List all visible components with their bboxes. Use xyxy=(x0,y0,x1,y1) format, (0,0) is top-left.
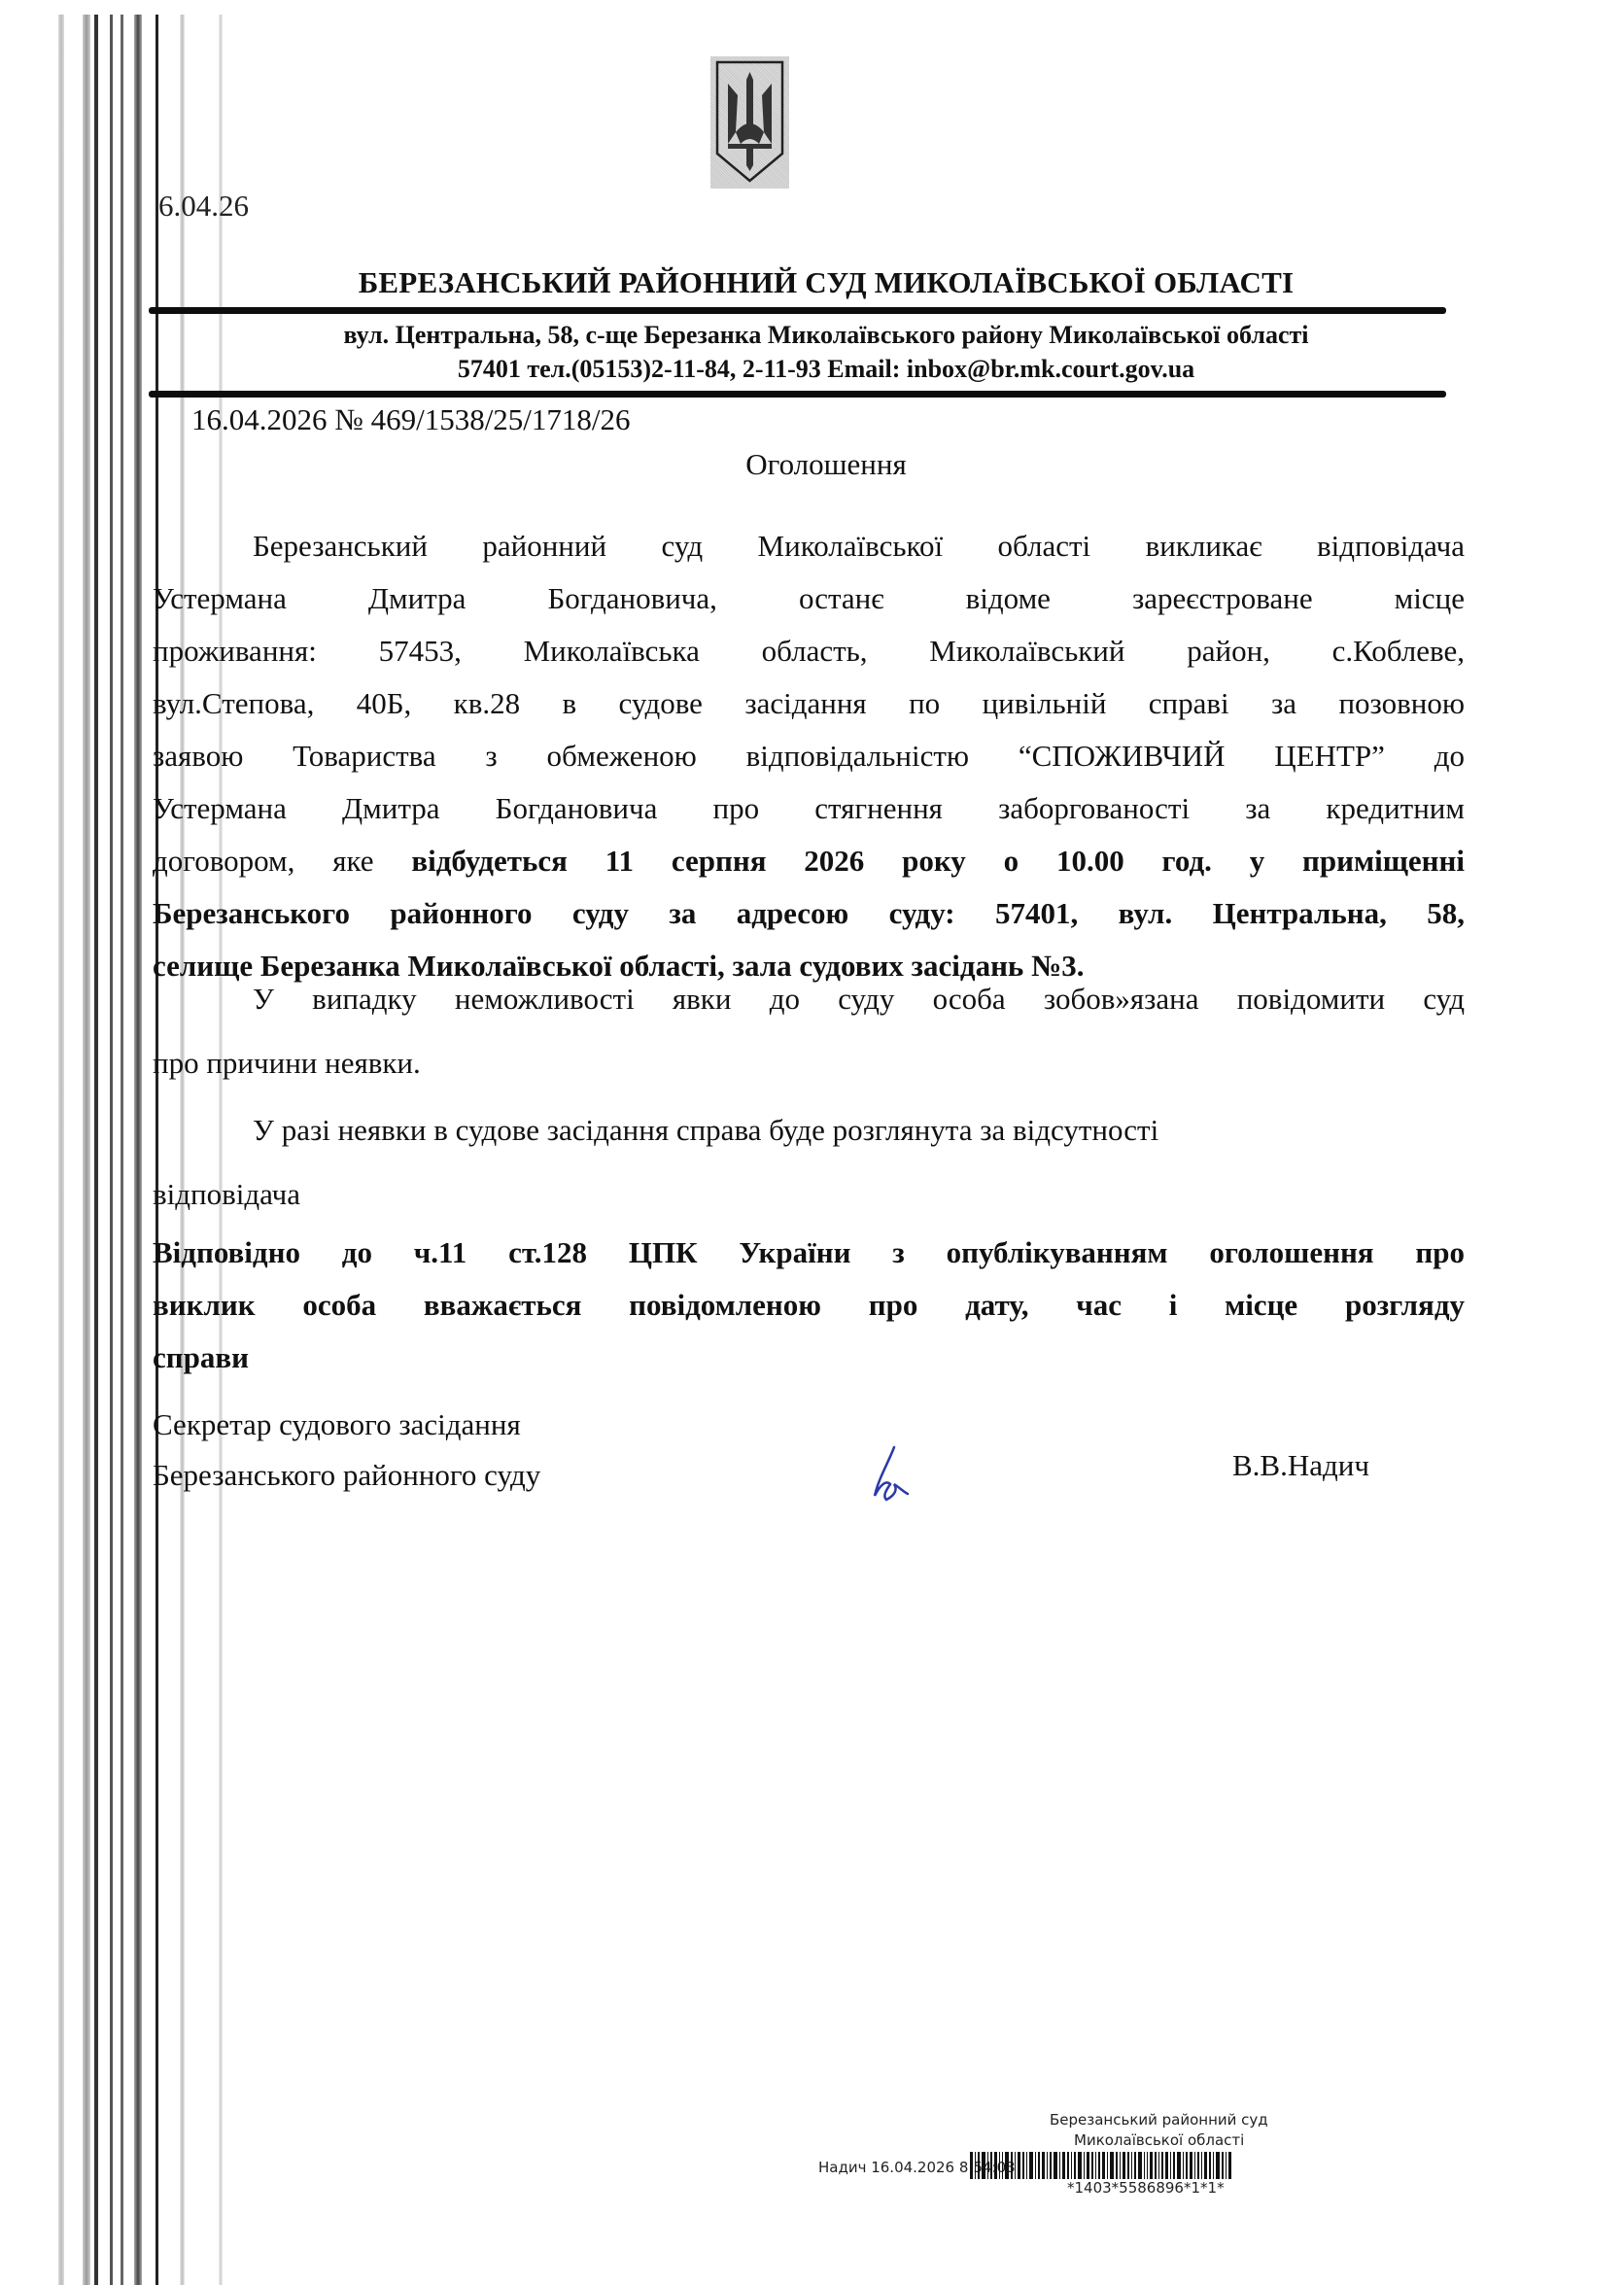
paragraph-line: Відповідно до ч.11 ст.128 ЦПК України з … xyxy=(153,1227,1465,1279)
paragraph-line: У разі неявки в судове засідання справа … xyxy=(153,1098,1465,1162)
paragraph-line: Устермана Дмитра Богдановича про стягнен… xyxy=(153,782,1465,835)
paragraph-line: проживання: 57453, Миколаївська область,… xyxy=(153,625,1465,677)
paragraph-line: про причини неявки. xyxy=(153,1031,1465,1095)
paragraph-line: виклик особа вважається повідомленою про… xyxy=(153,1279,1465,1332)
coat-of-arms-icon xyxy=(710,56,789,189)
court-address: вул. Центральна, 58, с-ще Березанка Мико… xyxy=(146,321,1506,350)
legal-basis-paragraph: Відповідно до ч.11 ст.128 ЦПК України з … xyxy=(153,1227,1465,1384)
document-title: Оголошення xyxy=(146,447,1506,482)
court-contacts: 57401 тел.(05153)2-11-84, 2-11-93 Email:… xyxy=(146,355,1506,384)
handwritten-signature-icon xyxy=(865,1445,914,1504)
barcode-number: *1403*5586896*1*1* xyxy=(1067,2179,1225,2197)
hearing-datetime: відбудеться 11 серпня 2026 року о 10.00 … xyxy=(411,844,1465,878)
hearing-location: Березанського районного суду за адресою … xyxy=(153,887,1465,940)
stamp-org-line: Березанський районний суд xyxy=(1050,2111,1268,2129)
signatory-role-line: Секретар судового засідання xyxy=(153,1400,540,1450)
line-text: договором, яке xyxy=(153,844,411,878)
registration-stamp: Березанський районний суд Миколаївської … xyxy=(797,2109,1536,2255)
paragraph-line: заявою Товариства з обмеженою відповідал… xyxy=(153,730,1465,782)
barcode-icon xyxy=(970,2152,1293,2179)
stamp-org-line: Миколаївської області xyxy=(1074,2131,1244,2149)
corner-date: 6.04.26 xyxy=(158,189,249,224)
paragraph-line: Устермана Дмитра Богдановича, останє від… xyxy=(153,572,1465,625)
signatory-role: Секретар судового засідання Березанськог… xyxy=(153,1400,540,1501)
paragraph-line: У випадку неможливості явки до суду особ… xyxy=(153,967,1465,1031)
paragraph-line: відповідача xyxy=(153,1162,1465,1227)
document-reference: 16.04.2026 № 469/1538/25/1718/26 xyxy=(191,402,631,437)
default-hearing-paragraph: У разі неявки в судове засідання справа … xyxy=(153,1098,1465,1227)
paragraph-line: вул.Степова, 40Б, кв.28 в судове засідан… xyxy=(153,677,1465,730)
summons-paragraph: Березанський районний суд Миколаївської … xyxy=(153,520,1465,992)
header-divider-top xyxy=(149,307,1446,314)
paragraph-line: справи xyxy=(153,1332,1465,1384)
absence-notice-paragraph: У випадку неможливості явки до суду особ… xyxy=(153,967,1465,1095)
paragraph-line: договором, яке відбудеться 11 серпня 202… xyxy=(153,835,1465,887)
signatory-name: В.В.Надич xyxy=(1232,1448,1369,1483)
paragraph-line: Березанський районний суд Миколаївської … xyxy=(153,520,1465,572)
court-name-heading: БЕРЕЗАНСЬКИЙ РАЙОННИЙ СУД МИКОЛАЇВСЬКОЇ … xyxy=(146,265,1506,300)
trident-icon xyxy=(710,56,789,189)
signatory-role-line: Березанського районного суду xyxy=(153,1450,540,1501)
header-divider-bottom xyxy=(149,391,1446,398)
